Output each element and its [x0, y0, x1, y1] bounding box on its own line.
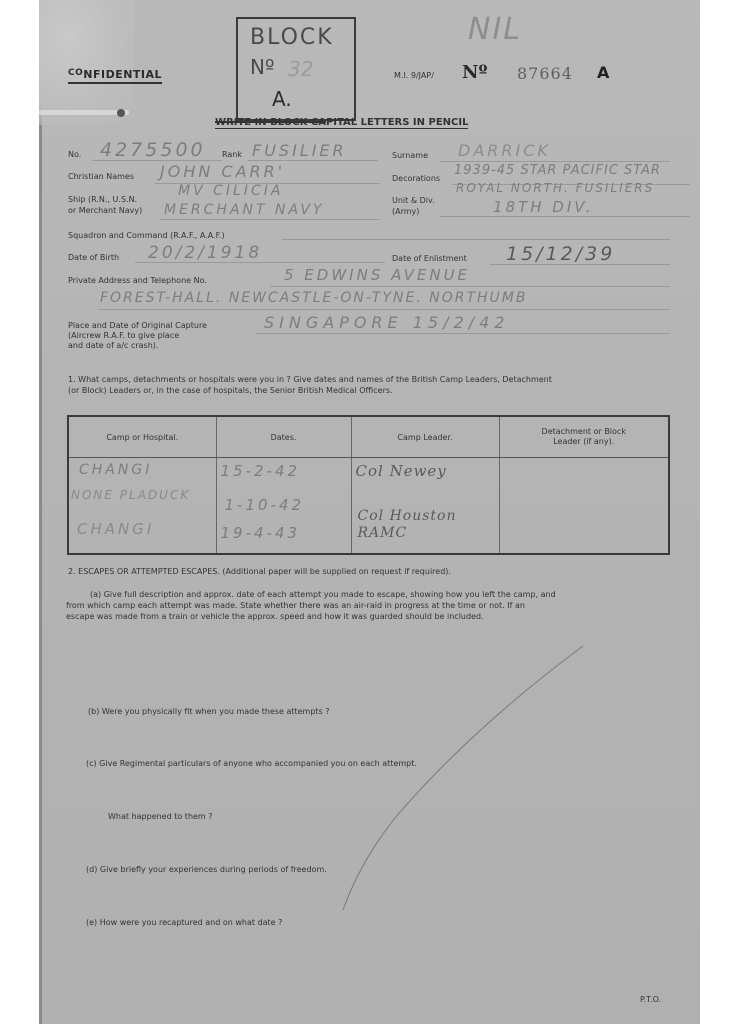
pto-label: P.T.O. [640, 995, 661, 1004]
pencil-strikethrough-line [0, 0, 739, 1024]
